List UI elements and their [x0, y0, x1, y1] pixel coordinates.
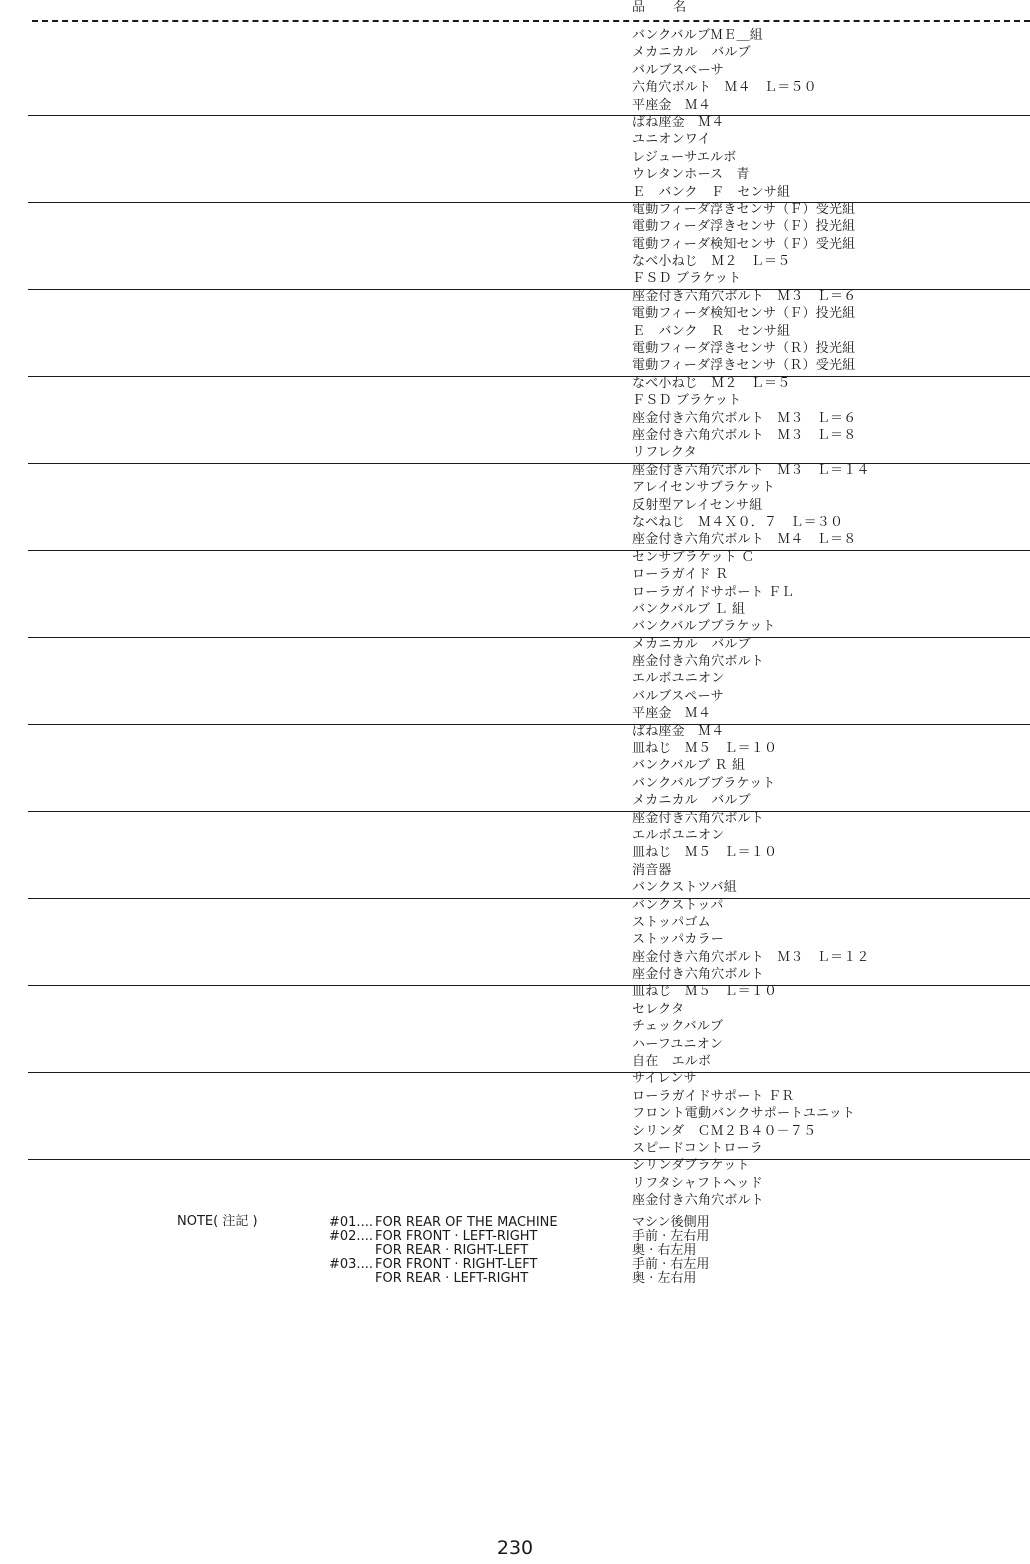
note-code — [329, 1244, 375, 1258]
part-row: 自在 エルボ — [632, 1053, 1030, 1070]
note-text-en: FOR REAR · RIGHT-LEFT — [375, 1244, 528, 1258]
note-code: #01.... — [329, 1216, 375, 1230]
part-row: 座金付き六角穴ボルト — [632, 653, 1030, 670]
part-row: シリンダ ＣＭ２Ｂ４０－７５ — [632, 1123, 1030, 1140]
header-dashed-divider — [32, 20, 1030, 22]
part-row: ストッパカラー — [632, 931, 1030, 948]
part-row: ストッパゴム — [632, 914, 1030, 931]
note-text-en: FOR REAR OF THE MACHINE — [375, 1216, 558, 1230]
part-row: ローラガイドサポート ＦＬ — [632, 584, 1030, 601]
part-row: エルボユニオン — [632, 827, 1030, 844]
part-row: バンクバルブブラケット — [632, 618, 1030, 635]
part-row: 電動フィーダ検知センサ（Ｆ）受光組 — [632, 236, 1030, 253]
part-row: 皿ねじ Ｍ５ Ｌ＝１０ — [632, 983, 1030, 1000]
note-code: #03.... — [329, 1258, 375, 1272]
part-row: エルボユニオン — [632, 670, 1030, 687]
part-row: なべ小ねじ Ｍ２ Ｌ＝５ — [632, 375, 1030, 392]
note-text-ja: 手前 · 左右用 — [632, 1230, 710, 1244]
part-row: バルブスペーサ — [632, 688, 1030, 705]
part-row: メカニカル バルブ — [632, 636, 1030, 653]
part-row: ローラガイド Ｒ — [632, 566, 1030, 583]
part-row: 電動フィーダ浮きセンサ（Ｒ）受光組 — [632, 357, 1030, 374]
part-row: ばね座金 Ｍ４ — [632, 114, 1030, 131]
note-line: #01.... FOR REAR OF THE MACHINE — [329, 1216, 558, 1230]
part-row: 電動フィーダ浮きセンサ（Ｆ）投光組 — [632, 218, 1030, 235]
note-text-ja: 奥 · 右左用 — [632, 1244, 710, 1258]
part-row: 座金付き六角穴ボルト Ｍ３ Ｌ＝８ — [632, 427, 1030, 444]
part-row: 反射型アレイセンサ組 — [632, 497, 1030, 514]
part-row: Ｅ バンク Ｆ センサ組 — [632, 184, 1030, 201]
part-row: 電動フィーダ検知センサ（Ｆ）投光組 — [632, 305, 1030, 322]
part-row: バンクバルブブラケット — [632, 775, 1030, 792]
part-row: リフタシャフトヘッド — [632, 1175, 1030, 1192]
note-line: FOR REAR · RIGHT-LEFT — [329, 1244, 558, 1258]
parts-list: バンクバルブＭＥ＿組 メカニカル バルブ バルブスペーサ 六角穴ボルト Ｍ４ Ｌ… — [632, 27, 1030, 1210]
page-number: 230 — [0, 1537, 1030, 1559]
part-row: メカニカル バルブ — [632, 44, 1030, 61]
part-row: 座金付き六角穴ボルト — [632, 1192, 1030, 1209]
part-row: なべ小ねじ Ｍ２ Ｌ＝５ — [632, 253, 1030, 270]
part-row: 皿ねじ Ｍ５ Ｌ＝１０ — [632, 740, 1030, 757]
note-text-ja: 奥 · 左右用 — [632, 1272, 710, 1286]
part-row: 消音器 — [632, 862, 1030, 879]
part-row: 平座金 Ｍ４ — [632, 97, 1030, 114]
part-row: バンクバルブ Ｌ 組 — [632, 601, 1030, 618]
part-row: 座金付き六角穴ボルト — [632, 966, 1030, 983]
header-column-label: 品 名 — [632, 0, 698, 15]
part-row: 座金付き六角穴ボルト Ｍ３ Ｌ＝６ — [632, 410, 1030, 427]
part-row: 座金付き六角穴ボルト — [632, 810, 1030, 827]
part-row: サイレンサ — [632, 1070, 1030, 1087]
part-row: なべねじ Ｍ４Ｘ０．７ Ｌ＝３０ — [632, 514, 1030, 531]
part-row: 皿ねじ Ｍ５ Ｌ＝１０ — [632, 844, 1030, 861]
part-row: ＦＳＤ ブラケット — [632, 270, 1030, 287]
note-text-en: FOR FRONT · LEFT-RIGHT — [375, 1230, 537, 1244]
note-code — [329, 1272, 375, 1286]
part-row: アレイセンサブラケット — [632, 479, 1030, 496]
note-label: NOTE( 注記 ) — [177, 1215, 258, 1229]
part-row: ウレタンホース 青 — [632, 166, 1030, 183]
part-row: 座金付き六角穴ボルト Ｍ３ Ｌ＝１４ — [632, 462, 1030, 479]
part-row: 六角穴ボルト Ｍ４ Ｌ＝５０ — [632, 79, 1030, 96]
part-row: 平座金 Ｍ４ — [632, 705, 1030, 722]
part-row: センサブラケット Ｃ — [632, 549, 1030, 566]
note-line: #03.... FOR FRONT · RIGHT-LEFT — [329, 1258, 558, 1272]
note-codes: #01.... FOR REAR OF THE MACHINE #02.... … — [329, 1216, 558, 1286]
part-row: 電動フィーダ浮きセンサ（Ｒ）投光組 — [632, 340, 1030, 357]
part-row: メカニカル バルブ — [632, 792, 1030, 809]
part-row: 座金付き六角穴ボルト Ｍ４ Ｌ＝８ — [632, 531, 1030, 548]
part-row: バンクストッパ — [632, 897, 1030, 914]
part-row: リフレクタ — [632, 444, 1030, 461]
part-row: Ｅ バンク Ｒ センサ組 — [632, 323, 1030, 340]
part-row: スピードコントローラ — [632, 1140, 1030, 1157]
part-row: 電動フィーダ浮きセンサ（Ｆ）受光組 — [632, 201, 1030, 218]
part-row: ＦＳＤ ブラケット — [632, 392, 1030, 409]
note-text-ja: マシン後側用 — [632, 1216, 710, 1230]
part-row: ユニオンワイ — [632, 131, 1030, 148]
part-row: レジューサエルボ — [632, 149, 1030, 166]
note-text-en: FOR REAR · LEFT-RIGHT — [375, 1272, 528, 1286]
note-text-ja: 手前 · 右左用 — [632, 1258, 710, 1272]
part-row: バンクストツバ組 — [632, 879, 1030, 896]
note-code: #02.... — [329, 1230, 375, 1244]
note-line: FOR REAR · LEFT-RIGHT — [329, 1272, 558, 1286]
part-row: ローラガイドサポート ＦＲ — [632, 1088, 1030, 1105]
part-row: ばね座金 Ｍ４ — [632, 723, 1030, 740]
part-row: ハーフユニオン — [632, 1036, 1030, 1053]
part-row: セレクタ — [632, 1001, 1030, 1018]
part-row: バンクバルブ Ｒ 組 — [632, 757, 1030, 774]
note-line: #02.... FOR FRONT · LEFT-RIGHT — [329, 1230, 558, 1244]
part-row: バルブスペーサ — [632, 62, 1030, 79]
part-row: チェックバルブ — [632, 1018, 1030, 1035]
part-row: 座金付き六角穴ボルト Ｍ３ Ｌ＝１２ — [632, 949, 1030, 966]
note-japanese: マシン後側用 手前 · 左右用 奥 · 右左用 手前 · 右左用 奥 · 左右用 — [632, 1216, 710, 1286]
part-row: バンクバルブＭＥ＿組 — [632, 27, 1030, 44]
part-row: シリンダブラケット — [632, 1157, 1030, 1174]
note-text-en: FOR FRONT · RIGHT-LEFT — [375, 1258, 537, 1272]
part-row: フロント電動バンクサポートユニット — [632, 1105, 1030, 1122]
part-row: 座金付き六角穴ボルト Ｍ３ Ｌ＝６ — [632, 288, 1030, 305]
